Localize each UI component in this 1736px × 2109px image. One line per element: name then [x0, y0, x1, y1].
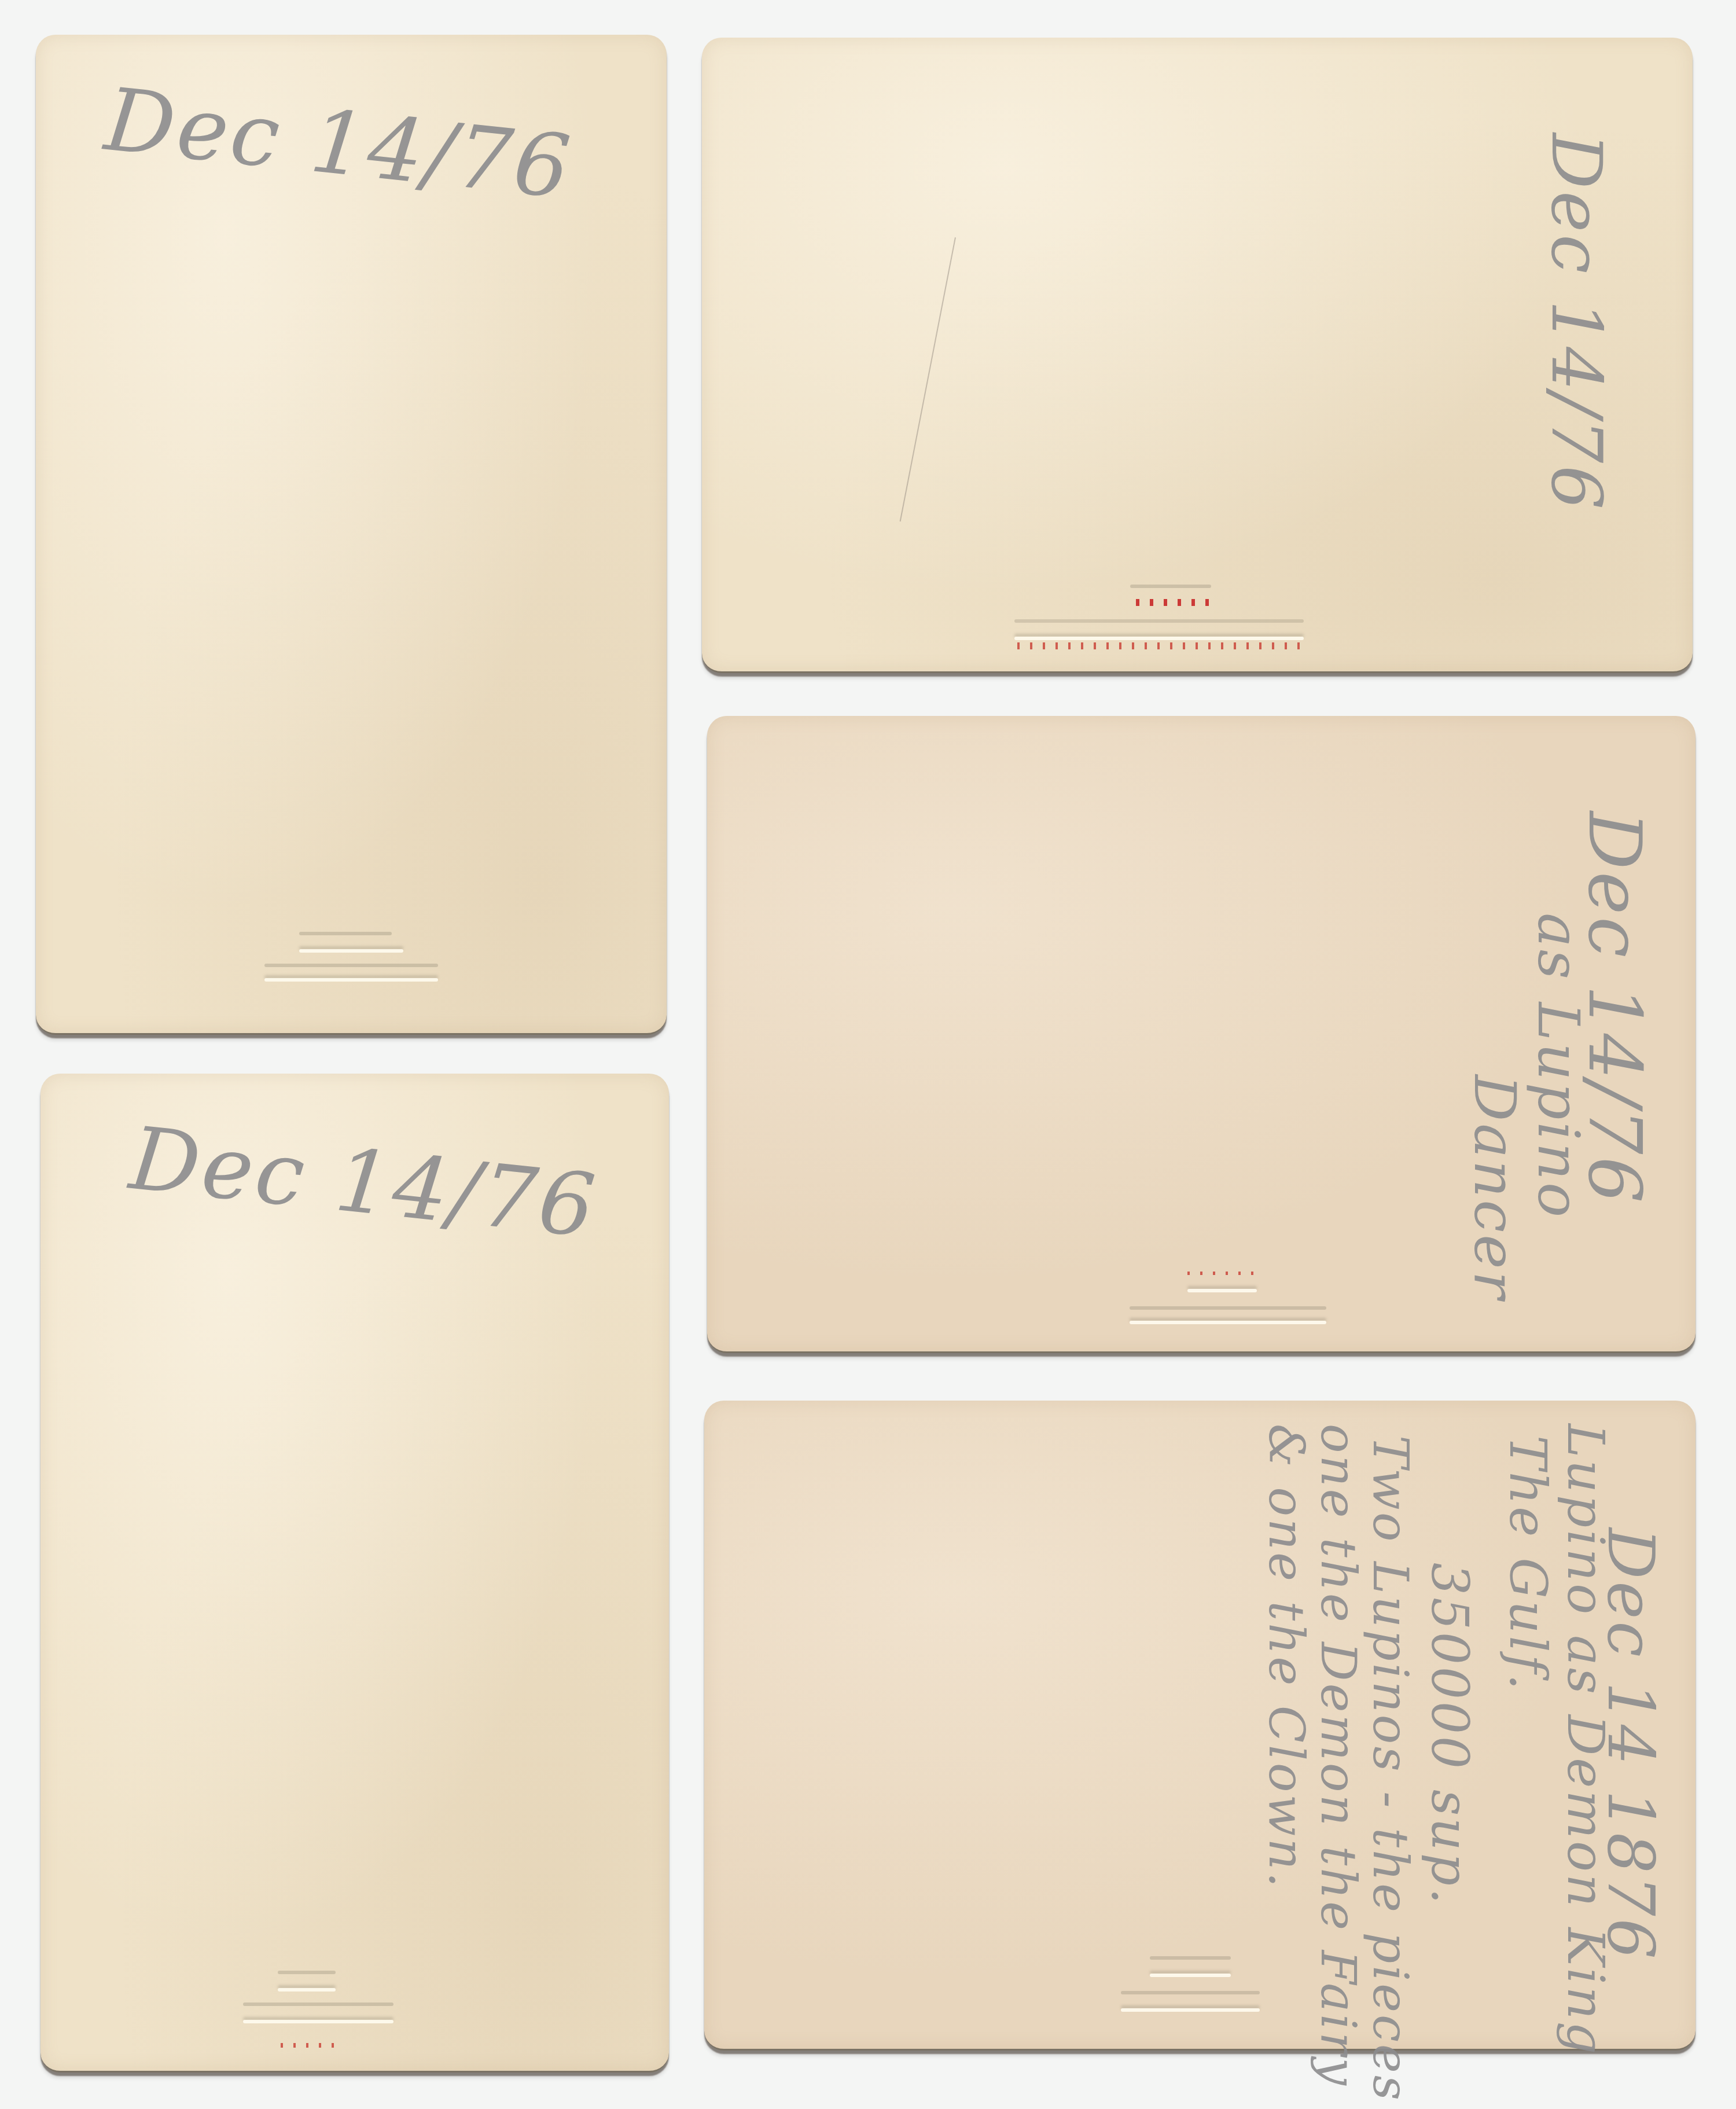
card-annotation-line: & one the Clown.	[1258, 1424, 1315, 1890]
card-annotation-date: Dec 14/76	[126, 1108, 602, 1258]
embossed-stamp-icon	[1112, 1272, 1344, 1335]
card-annotation-line: The Gulf.	[1498, 1435, 1558, 1692]
card-annotation-line: one the Demon the Fairy	[1310, 1424, 1367, 2088]
card-annotation-line: Two Lupinos - the pieces	[1362, 1435, 1419, 2103]
embossed-stamp-icon	[253, 920, 444, 984]
embossed-stamp-icon	[1109, 1950, 1283, 2014]
card-bottom-right: Dec 14 1876 Lupino as Demon King The Gul…	[704, 1401, 1695, 2051]
card-annotation-date: Dec 14/76	[1536, 133, 1616, 512]
card-top-right: Dec 14/76	[702, 38, 1693, 673]
pencil-scratch	[900, 237, 956, 521]
card-top-left: Dec 14/76	[36, 35, 667, 1035]
card-annotation-line: Dancer	[1461, 1075, 1529, 1301]
card-annotation-date: Dec 14/76	[101, 69, 577, 219]
card-bottom-left: Dec 14/76	[41, 1074, 669, 2073]
card-middle-right: Dec 14/76 as Lupino Dancer	[707, 716, 1695, 1353]
card-annotation-line: 350000 sup.	[1420, 1563, 1480, 1906]
card-annotation-line: Lupino as Demon King	[1556, 1424, 1616, 2056]
embossed-stamp-icon	[1003, 579, 1321, 642]
embossed-stamp-icon	[231, 1965, 422, 2029]
card-annotation-line: as Lupino	[1525, 913, 1592, 1219]
